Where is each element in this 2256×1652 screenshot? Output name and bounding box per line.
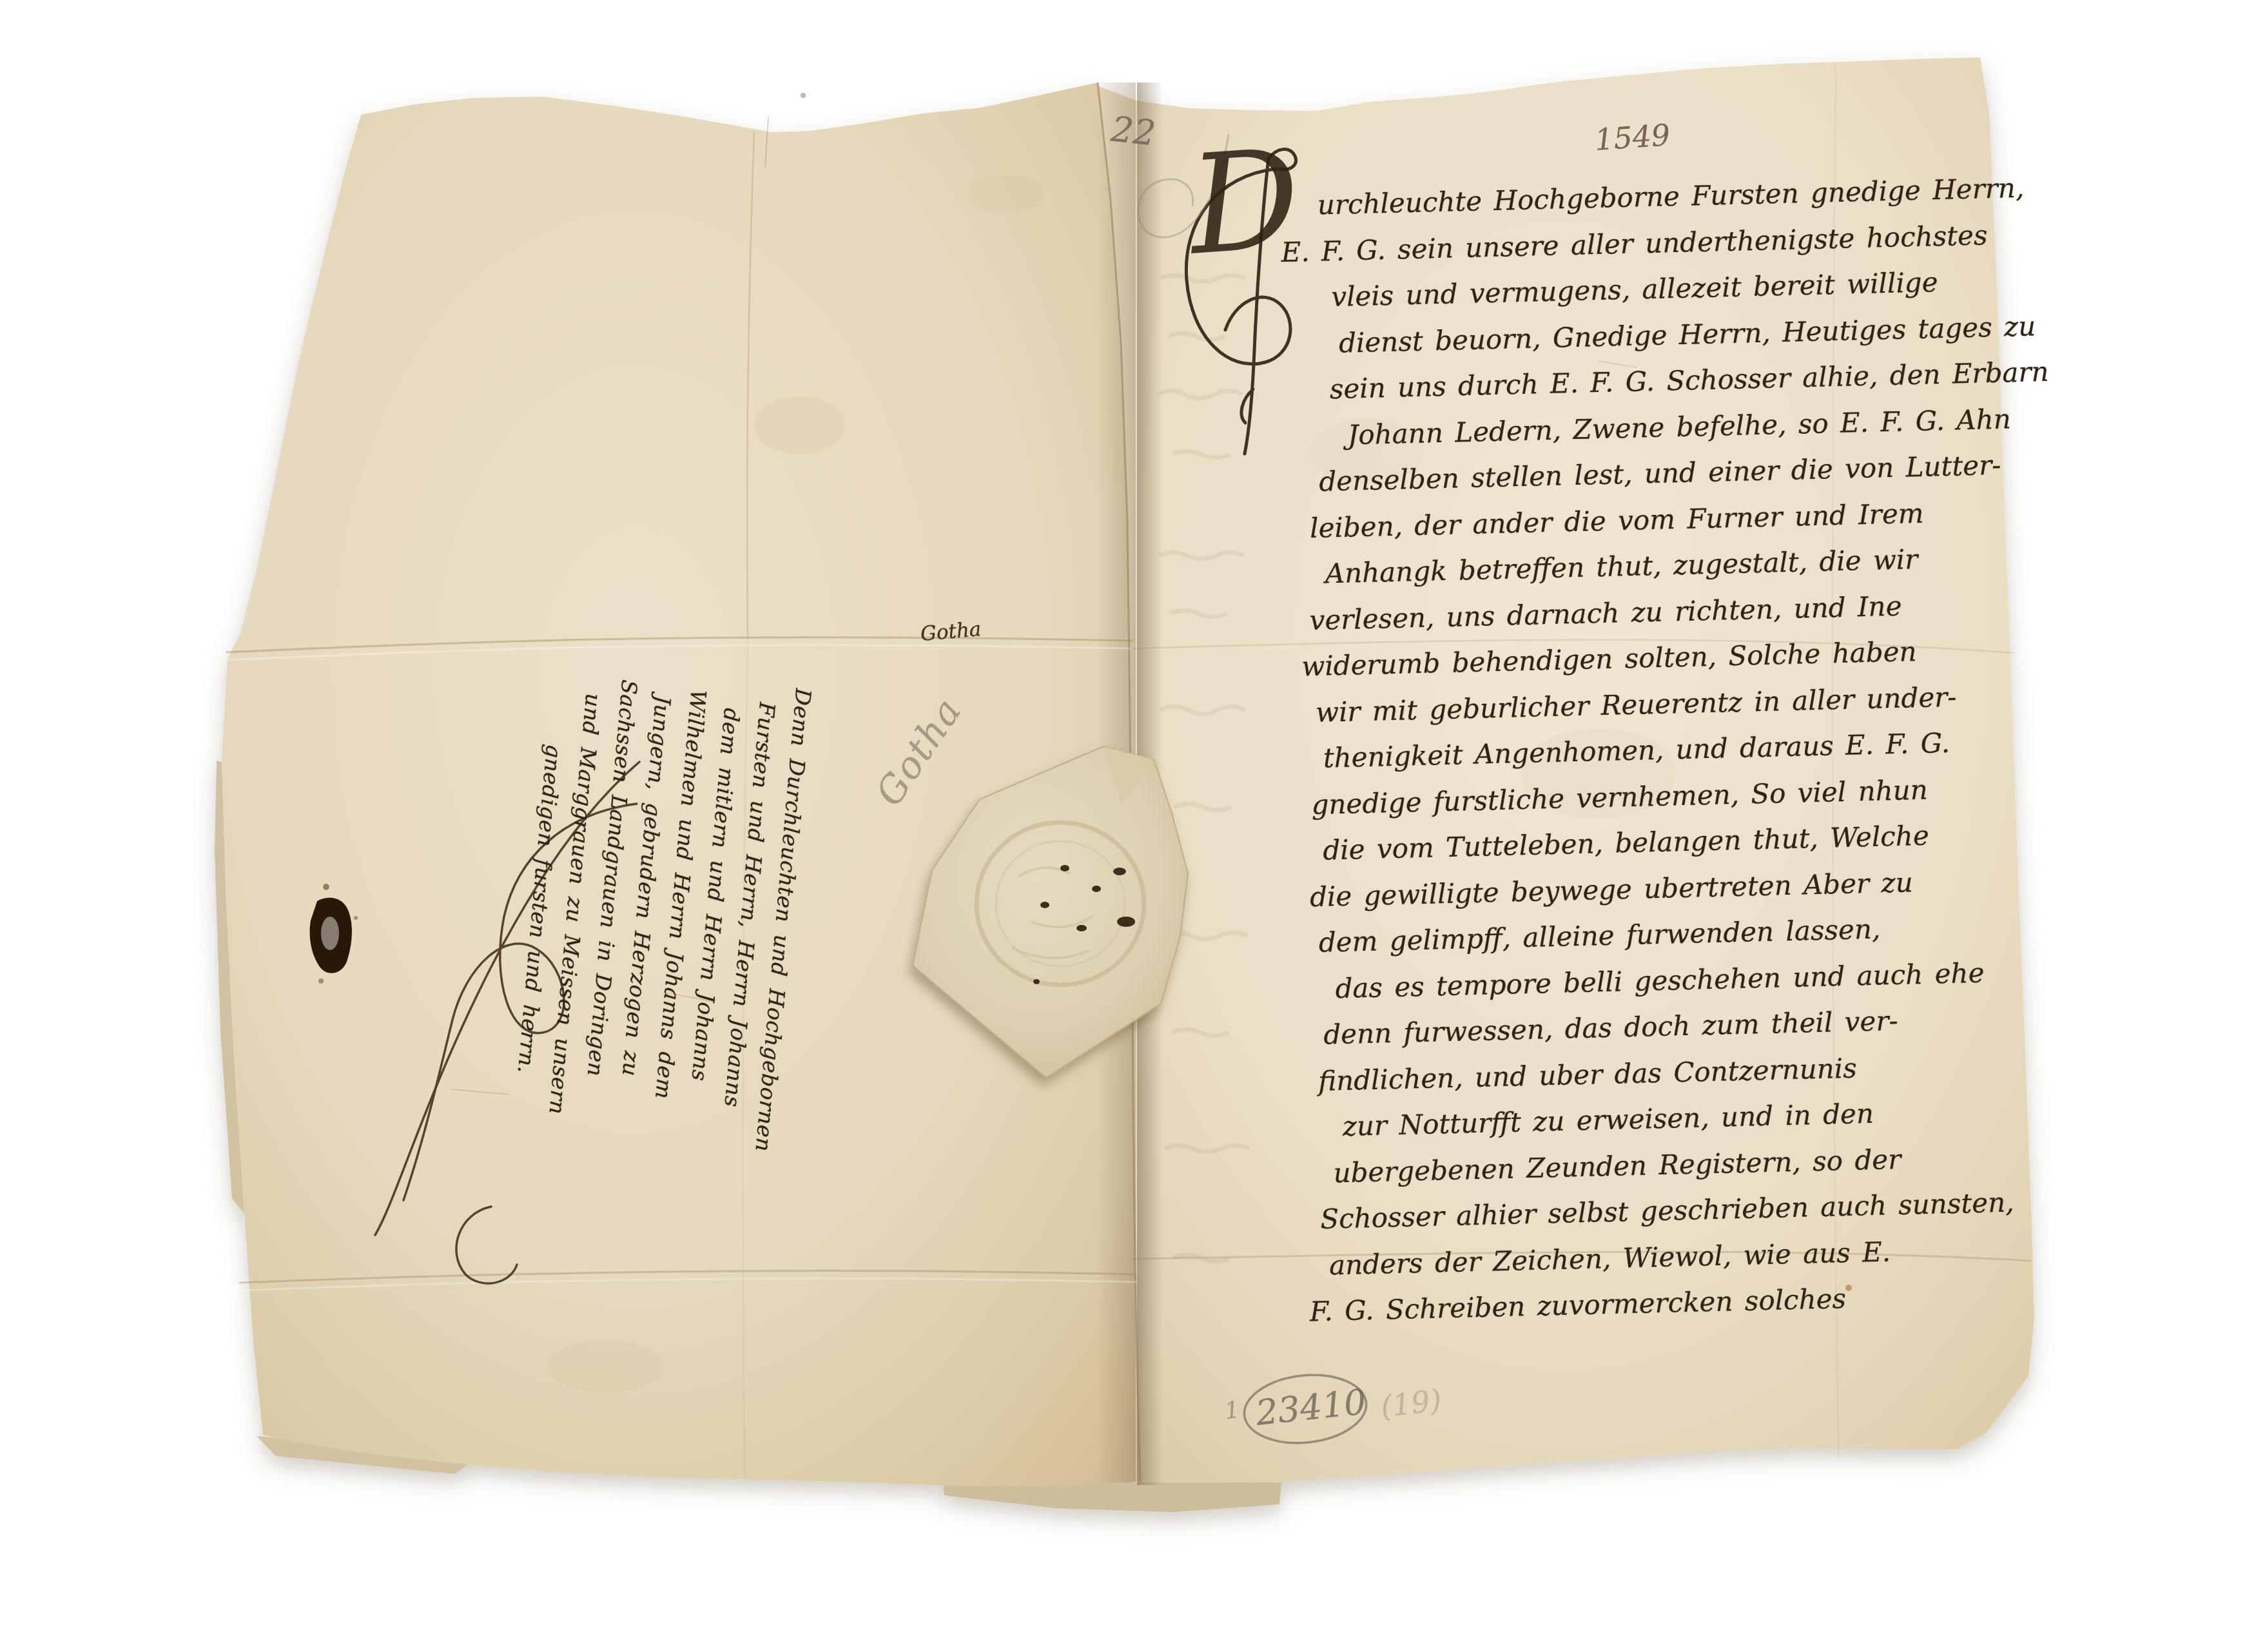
photo-stage: D urchleuchte Hochgeborne Fursten gnedig… <box>0 0 2256 1652</box>
year-annotation: 1549 <box>1593 117 1671 157</box>
address-block: Denn Durchleuchten und Hochgebornen Furs… <box>494 665 821 1190</box>
faint-pencil-number: (19) <box>1379 1382 1443 1424</box>
letter-text-block: urchleuchte Hochgeborne Fursten gnedige … <box>1279 164 2074 1335</box>
page-number-pencil-note: 22 <box>1109 109 1158 154</box>
